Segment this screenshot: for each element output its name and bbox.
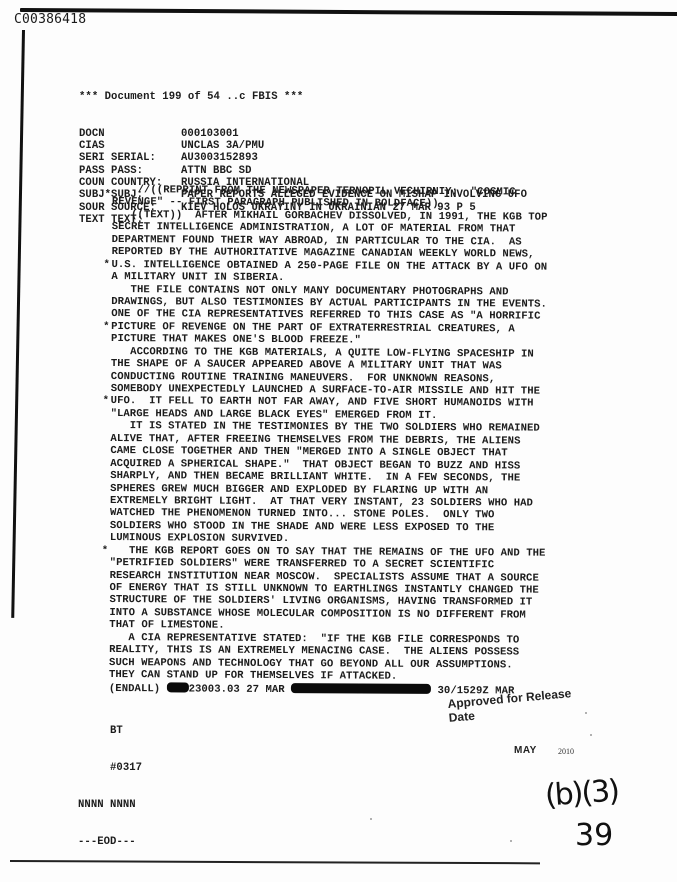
header-field-value: UNCLAS 3A/PMU	[181, 140, 264, 152]
body-line-text: PICTURE THAT MAKES ONE'S BLOOD FREEZE."	[111, 333, 361, 347]
margin-marker: *	[103, 321, 109, 333]
header-field: CIASUNCLAS 3A/PMU	[79, 140, 527, 152]
trailer-number: #0317	[78, 762, 142, 774]
margin-marker: *	[102, 545, 108, 557]
header-field: PASS PASS:ATTN BBC SD	[79, 165, 527, 177]
body-line-text: THAT OF LIMESTONE.	[109, 619, 224, 632]
body-line-text: LUMINOUS EXPLOSION SURVIVED.	[110, 532, 289, 545]
trailer-eod: ---EOD---	[78, 836, 142, 848]
top-border-rule	[20, 8, 677, 16]
header-field-value: 000103001	[181, 128, 239, 140]
document-id: C00386418	[14, 12, 86, 27]
header-field-label: PASS PASS:	[79, 165, 181, 177]
header-field-value: AU3003152893	[181, 152, 258, 164]
release-stamp-month: MAY	[514, 745, 537, 756]
message-body: //((REPRINT FROM THE NEWSPAPER TERNOPIL …	[109, 184, 548, 697]
endall-prefix: (ENDALL)	[109, 682, 167, 694]
handwritten-page-number: 39	[575, 818, 613, 853]
header-title: *** Document 199 of 54 ..c FBIS ***	[79, 91, 527, 103]
scan-speck	[590, 734, 592, 736]
trailer-bt: BT	[78, 725, 142, 737]
scan-speck	[585, 712, 587, 714]
margin-marker: *	[103, 395, 109, 407]
trailer-nnnn: NNNN NNNN	[78, 799, 142, 811]
message-trailer: BT #0317 NNNN NNNN ---EOD---	[78, 700, 142, 873]
header-field-value: ATTN BBC SD	[181, 165, 251, 177]
body-line-text: A MILITARY UNIT IN SIBERIA.	[111, 271, 284, 284]
scan-speck	[510, 840, 512, 842]
redaction-block	[167, 682, 189, 692]
release-stamp-year: 2010	[558, 747, 574, 756]
margin-marker: *	[103, 259, 109, 271]
body-line-text: THEY CAN STAND UP FOR THEMSELVES IF ATTA…	[109, 669, 397, 683]
header-field-label: DOCN	[79, 128, 181, 140]
handwritten-exemption-code: (b)(3)	[544, 773, 619, 813]
endall-middle: 23003.03 27 MAR	[189, 683, 292, 696]
redaction-block	[291, 683, 431, 694]
document-page: C00386418 *** Document 199 of 54 ..c FBI…	[0, 0, 677, 882]
header-field: SERI SERIAL:AU3003152893	[79, 152, 527, 164]
header-field-label: CIAS	[79, 140, 181, 152]
left-margin-rule	[11, 30, 25, 618]
header-field-label: SERI SERIAL:	[79, 152, 181, 164]
scan-speck	[370, 818, 372, 820]
header-field: DOCN000103001	[79, 128, 527, 140]
